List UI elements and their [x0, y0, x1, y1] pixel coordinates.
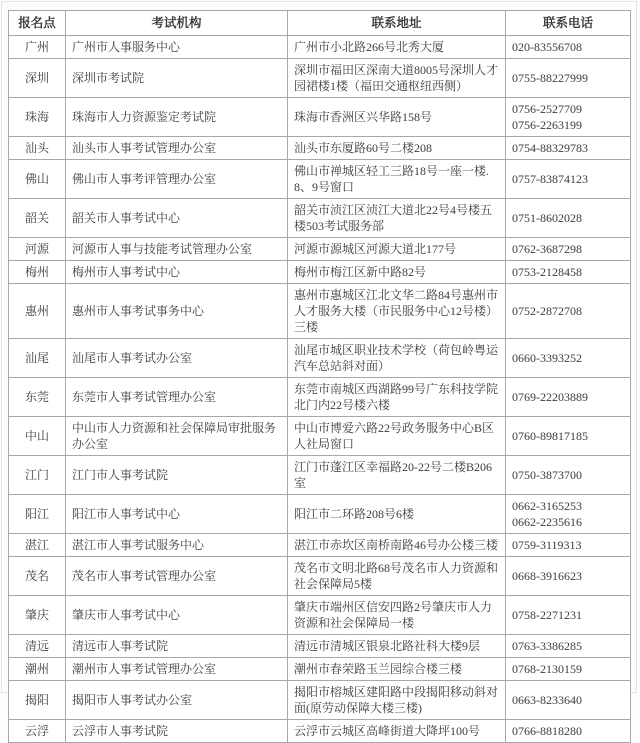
cell-city: 肇庆: [9, 596, 66, 635]
phone-number: 0668-3916623: [512, 568, 624, 584]
cell-org: 河源市人事与技能考试管理办公室: [66, 238, 288, 261]
cell-phone: 0769-22203889: [506, 378, 631, 417]
phone-number: 0662-2235616: [512, 514, 624, 530]
cell-address: 深圳市福田区深南大道8005号深圳人才园裙楼1楼（福田交通枢纽西侧）: [288, 59, 506, 98]
phone-number: 0757-83874123: [512, 171, 624, 187]
cell-city: 汕尾: [9, 339, 66, 378]
cell-city: 中山: [9, 417, 66, 456]
phone-number: 0763-3386285: [512, 638, 624, 654]
cell-address: 韶关市浈江区浈江大道北22号4号楼五楼503考试服务部: [288, 199, 506, 238]
table-row: 中山 中山市人力资源和社会保障局审批服务办公室 中山市博爱六路22号政务服务中心…: [9, 417, 631, 456]
cell-city: 梅州: [9, 261, 66, 284]
cell-city: 珠海: [9, 98, 66, 137]
cell-org: 梅州市人事考试中心: [66, 261, 288, 284]
table-row: 深圳 深圳市考试院 深圳市福田区深南大道8005号深圳人才园裙楼1楼（福田交通枢…: [9, 59, 631, 98]
phone-number: 0762-3687298: [512, 241, 624, 257]
table-row: 清远 清远市人事考试院 清远市清城区银泉北路社科大楼9层 0763-338628…: [9, 635, 631, 658]
cell-phone: 020-83556708: [506, 36, 631, 59]
cell-org: 江门市人事考试院: [66, 456, 288, 495]
cell-phone: 0758-2271231: [506, 596, 631, 635]
table-row: 韶关 韶关市人事考试中心 韶关市浈江区浈江大道北22号4号楼五楼503考试服务部…: [9, 199, 631, 238]
registration-points-table: 报名点 考试机构 联系地址 联系电话 广州 广州市人事服务中心 广州市小北路26…: [8, 10, 631, 743]
cell-org: 茂名市人事考试管理办公室: [66, 557, 288, 596]
cell-city: 清远: [9, 635, 66, 658]
table-row: 揭阳 揭阳市人事考试办公室 揭阳市榕城区建阳路中段揭阳移动斜对面(原劳动保障大楼…: [9, 681, 631, 720]
table-row: 东莞 东莞市人事考试管理办公室 东莞市南城区西湖路99号广东科技学院北门内22号…: [9, 378, 631, 417]
table-row: 茂名 茂名市人事考试管理办公室 茂名市文明北路68号茂名市人力资源和社会保障局5…: [9, 557, 631, 596]
cell-address: 广州市小北路266号北秀大厦: [288, 36, 506, 59]
table-row: 梅州 梅州市人事考试中心 梅州市梅江区新中路82号 0753-2128458: [9, 261, 631, 284]
cell-address: 汕尾市城区职业技术学校（荷包岭粤运汽车总站斜对面）: [288, 339, 506, 378]
cell-city: 云浮: [9, 720, 66, 743]
cell-address: 佛山市禅城区轻工三路18号一座一楼.8、9号窗口: [288, 160, 506, 199]
table-row: 河源 河源市人事与技能考试管理办公室 河源市源城区河源大道北177号 0762-…: [9, 238, 631, 261]
table-row: 广州 广州市人事服务中心 广州市小北路266号北秀大厦 020-83556708: [9, 36, 631, 59]
cell-phone: 0753-2128458: [506, 261, 631, 284]
phone-number: 0753-2128458: [512, 264, 624, 280]
cell-org: 潮州市人事考试管理办公室: [66, 658, 288, 681]
cell-org: 云浮市人事考试院: [66, 720, 288, 743]
cell-city: 湛江: [9, 534, 66, 557]
cell-address: 河源市源城区河源大道北177号: [288, 238, 506, 261]
cell-address: 梅州市梅江区新中路82号: [288, 261, 506, 284]
column-header-city: 报名点: [9, 11, 66, 36]
cell-phone: 0756-25277090756-2263199: [506, 98, 631, 137]
cell-org: 汕尾市人事考试办公室: [66, 339, 288, 378]
cell-org: 揭阳市人事考试办公室: [66, 681, 288, 720]
table-row: 汕头 汕头市人事考试管理办公室 汕头市东厦路60号二楼208 0754-8832…: [9, 137, 631, 160]
phone-number: 0754-88329783: [512, 140, 624, 156]
table-row: 珠海 珠海市人力资源鉴定考试院 珠海市香洲区兴华路158号 0756-25277…: [9, 98, 631, 137]
cell-org: 东莞市人事考试管理办公室: [66, 378, 288, 417]
cell-address: 阳江市二环路208号6楼: [288, 495, 506, 534]
phone-number: 0766-8818280: [512, 723, 624, 739]
cell-org: 深圳市考试院: [66, 59, 288, 98]
cell-city: 阳江: [9, 495, 66, 534]
table-row: 肇庆 肇庆市人事考试中心 肇庆市端州区信安四路2号肇庆市人力资源和社会保障局一楼…: [9, 596, 631, 635]
cell-address: 清远市清城区银泉北路社科大楼9层: [288, 635, 506, 658]
cell-city: 江门: [9, 456, 66, 495]
cell-city: 河源: [9, 238, 66, 261]
cell-phone: 0766-8818280: [506, 720, 631, 743]
cell-city: 深圳: [9, 59, 66, 98]
cell-phone: 0760-89817185: [506, 417, 631, 456]
phone-number: 0769-22203889: [512, 389, 624, 405]
cell-org: 阳江市人事考试中心: [66, 495, 288, 534]
cell-phone: 0750-3873700: [506, 456, 631, 495]
cell-org: 肇庆市人事考试中心: [66, 596, 288, 635]
cell-org: 广州市人事服务中心: [66, 36, 288, 59]
cell-city: 惠州: [9, 284, 66, 339]
column-header-address: 联系地址: [288, 11, 506, 36]
cell-phone: 0757-83874123: [506, 160, 631, 199]
cell-phone: 0754-88329783: [506, 137, 631, 160]
cell-address: 江门市蓬江区幸福路20-22号二楼B206室: [288, 456, 506, 495]
cell-city: 揭阳: [9, 681, 66, 720]
page-background: 报名点 考试机构 联系地址 联系电话 广州 广州市人事服务中心 广州市小北路26…: [1, 1, 637, 693]
cell-org: 佛山市人事考评管理办公室: [66, 160, 288, 199]
table-row: 湛江 湛江市人事考试服务中心 湛江市赤坎区南桥南路46号办公楼三楼 0759-3…: [9, 534, 631, 557]
cell-org: 中山市人力资源和社会保障局审批服务办公室: [66, 417, 288, 456]
cell-address: 云浮市云城区高峰街道大降坪100号: [288, 720, 506, 743]
phone-number: 0662-3165253: [512, 498, 624, 514]
cell-city: 佛山: [9, 160, 66, 199]
cell-address: 茂名市文明北路68号茂名市人力资源和社会保障局5楼: [288, 557, 506, 596]
cell-address: 肇庆市端州区信安四路2号肇庆市人力资源和社会保障局一楼: [288, 596, 506, 635]
cell-org: 汕头市人事考试管理办公室: [66, 137, 288, 160]
phone-number: 0751-8602028: [512, 210, 624, 226]
cell-address: 汕头市东厦路60号二楼208: [288, 137, 506, 160]
phone-number: 0660-3393252: [512, 350, 624, 366]
header-row: 报名点 考试机构 联系地址 联系电话: [9, 11, 631, 36]
cell-city: 茂名: [9, 557, 66, 596]
phone-number: 0758-2271231: [512, 607, 624, 623]
table-row: 潮州 潮州市人事考试管理办公室 潮州市春荣路玉兰园综合楼三楼 0768-2130…: [9, 658, 631, 681]
cell-org: 韶关市人事考试中心: [66, 199, 288, 238]
phone-number: 0759-3119313: [512, 537, 624, 553]
cell-phone: 0759-3119313: [506, 534, 631, 557]
column-header-phone: 联系电话: [506, 11, 631, 36]
table-row: 阳江 阳江市人事考试中心 阳江市二环路208号6楼 0662-316525306…: [9, 495, 631, 534]
cell-phone: 0762-3687298: [506, 238, 631, 261]
cell-phone: 0763-3386285: [506, 635, 631, 658]
cell-phone: 0660-3393252: [506, 339, 631, 378]
phone-number: 0768-2130159: [512, 661, 624, 677]
table-row: 惠州 惠州市人事考试事务中心 惠州市惠城区江北文华二路84号惠州市人才服务大楼（…: [9, 284, 631, 339]
cell-address: 潮州市春荣路玉兰园综合楼三楼: [288, 658, 506, 681]
phone-number: 0756-2263199: [512, 117, 624, 133]
table-row: 汕尾 汕尾市人事考试办公室 汕尾市城区职业技术学校（荷包岭粤运汽车总站斜对面） …: [9, 339, 631, 378]
cell-city: 汕头: [9, 137, 66, 160]
cell-city: 广州: [9, 36, 66, 59]
cell-phone: 0752-2872708: [506, 284, 631, 339]
phone-number: 0752-2872708: [512, 303, 624, 319]
cell-org: 惠州市人事考试事务中心: [66, 284, 288, 339]
cell-address: 东莞市南城区西湖路99号广东科技学院北门内22号楼六楼: [288, 378, 506, 417]
phone-number: 0750-3873700: [512, 467, 624, 483]
cell-phone: 0662-31652530662-2235616: [506, 495, 631, 534]
cell-org: 湛江市人事考试服务中心: [66, 534, 288, 557]
cell-address: 珠海市香洲区兴华路158号: [288, 98, 506, 137]
phone-number: 0663-8233640: [512, 692, 624, 708]
phone-number: 0755-88227999: [512, 70, 624, 86]
cell-city: 潮州: [9, 658, 66, 681]
column-header-org: 考试机构: [66, 11, 288, 36]
cell-org: 珠海市人力资源鉴定考试院: [66, 98, 288, 137]
cell-phone: 0755-88227999: [506, 59, 631, 98]
cell-phone: 0768-2130159: [506, 658, 631, 681]
phone-number: 0756-2527709: [512, 101, 624, 117]
phone-number: 020-83556708: [512, 39, 624, 55]
cell-phone: 0751-8602028: [506, 199, 631, 238]
cell-address: 中山市博爱六路22号政务服务中心B区人社局窗口: [288, 417, 506, 456]
cell-address: 湛江市赤坎区南桥南路46号办公楼三楼: [288, 534, 506, 557]
cell-phone: 0663-8233640: [506, 681, 631, 720]
cell-city: 东莞: [9, 378, 66, 417]
table-row: 江门 江门市人事考试院 江门市蓬江区幸福路20-22号二楼B206室 0750-…: [9, 456, 631, 495]
table-row: 云浮 云浮市人事考试院 云浮市云城区高峰街道大降坪100号 0766-88182…: [9, 720, 631, 743]
phone-number: 0760-89817185: [512, 428, 624, 444]
cell-address: 揭阳市榕城区建阳路中段揭阳移动斜对面(原劳动保障大楼三楼): [288, 681, 506, 720]
table-row: 佛山 佛山市人事考评管理办公室 佛山市禅城区轻工三路18号一座一楼.8、9号窗口…: [9, 160, 631, 199]
cell-city: 韶关: [9, 199, 66, 238]
cell-org: 清远市人事考试院: [66, 635, 288, 658]
cell-address: 惠州市惠城区江北文华二路84号惠州市人才服务大楼（市民服务中心12号楼）三楼: [288, 284, 506, 339]
cell-phone: 0668-3916623: [506, 557, 631, 596]
